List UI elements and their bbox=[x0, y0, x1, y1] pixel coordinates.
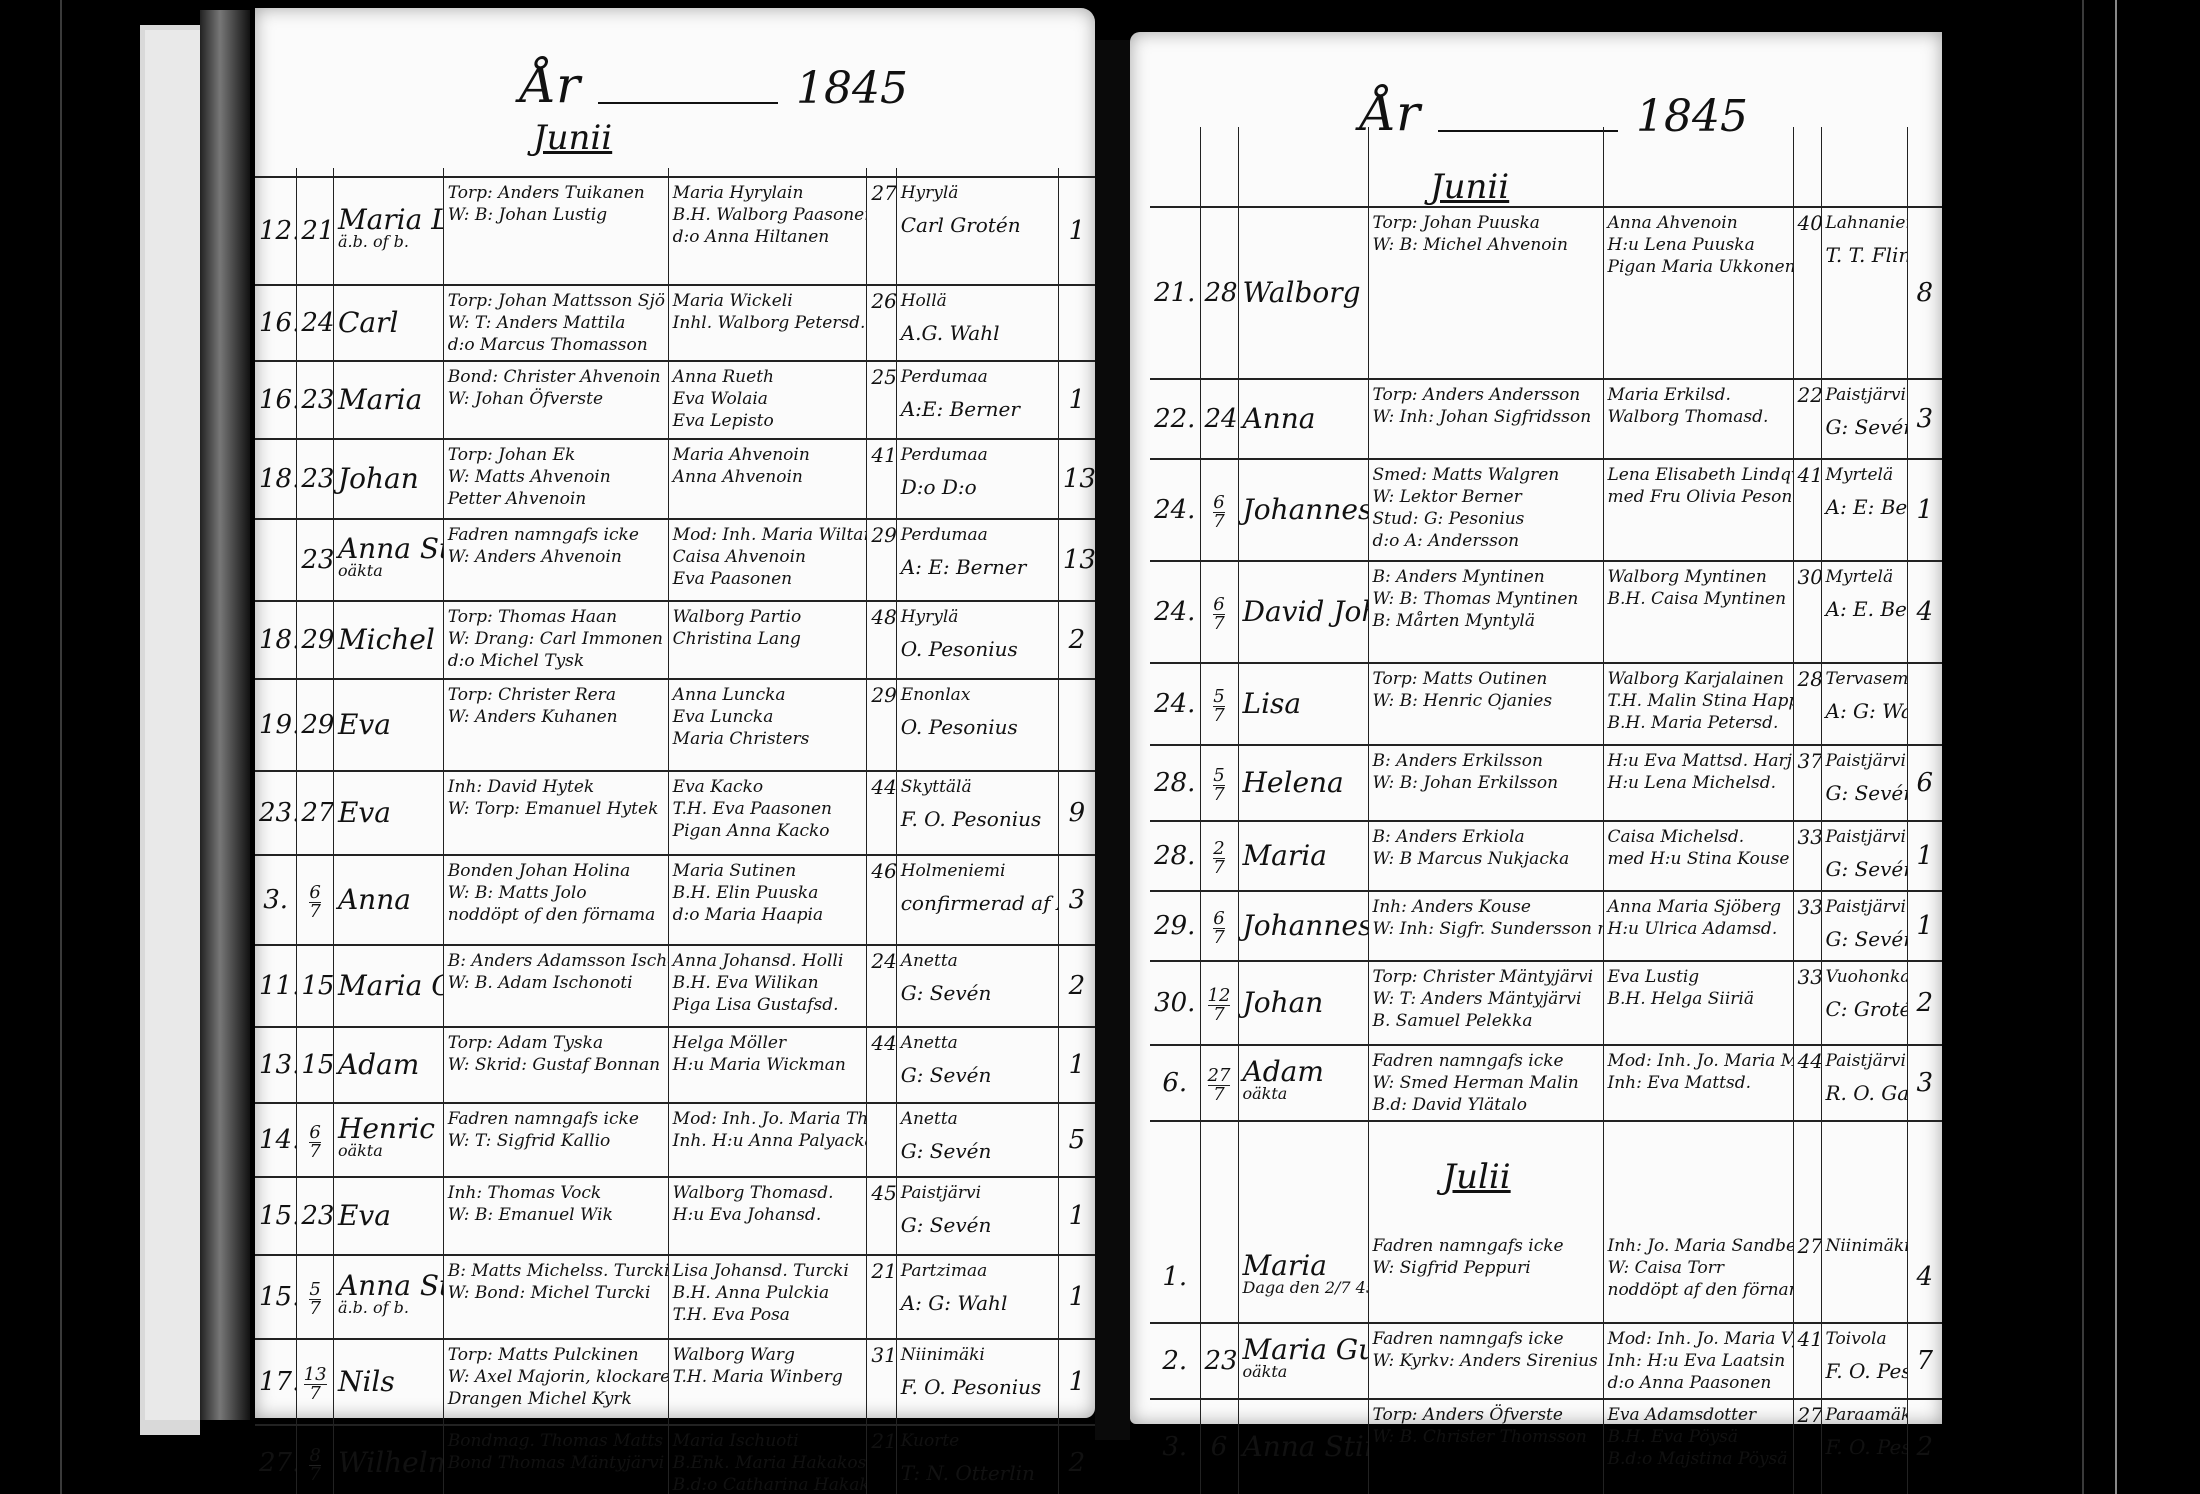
sponsors-cell: Caisa Michelsd.med H:u Stina Kouse bbox=[1603, 821, 1793, 891]
parents-witnesses-cell: Torp: Christer ReraW: Anders Kuhanen bbox=[443, 679, 668, 771]
parents-line: Bond Thomas Mäntyjärvi bbox=[448, 1452, 664, 1474]
sponsors-cell: Maria SutinenB.H. Elin Puuskad:o Maria H… bbox=[668, 855, 867, 945]
mother-age-cell: 40 bbox=[1793, 207, 1821, 379]
sponsors-line: Inh: Jo. Maria Sandberg bbox=[1608, 1235, 1789, 1257]
birth-day-cell: 22. bbox=[1150, 379, 1200, 459]
sponsors-line: Anna Ahvenoin bbox=[1608, 212, 1789, 234]
register-row: 3.67AnnaBonden Johan HolinaW: B: Matts J… bbox=[255, 855, 1095, 945]
birth-day-cell: 18. bbox=[255, 601, 297, 679]
child-name-cell: Lisa bbox=[1238, 663, 1368, 745]
mother-age-cell: 44 bbox=[867, 771, 896, 855]
sponsors-line: B.H. Eva Wilikan bbox=[673, 972, 863, 994]
village-name: Myrtelä bbox=[1826, 566, 1903, 588]
register-row: 18.23JohanTorp: Johan EkW: Matts Ahvenoi… bbox=[255, 439, 1095, 519]
mother-age-cell: 21 bbox=[867, 1425, 896, 1494]
mother-age-cell: 22 bbox=[1793, 379, 1821, 459]
village-name: Hyrylä bbox=[901, 606, 1054, 628]
parents-witnesses-cell: B: Anders MyntinenW: B: Thomas MyntinenB… bbox=[1368, 561, 1603, 663]
baptism-day-cell: 67 bbox=[1200, 459, 1238, 561]
mother-age-cell: 27 bbox=[1793, 1399, 1821, 1494]
mother-age-cell: 44 bbox=[1793, 1045, 1821, 1121]
sponsors-line: Mod: Inh. Jo. Maria Vyso bbox=[1608, 1328, 1789, 1350]
header-spacer-row bbox=[1150, 127, 1942, 207]
sponsors-cell: Walborg WargT.H. Maria Winberg bbox=[668, 1339, 867, 1425]
officiant-signature: A: G: Wahl bbox=[901, 1292, 1054, 1314]
mother-age-cell: 27 bbox=[1793, 1231, 1821, 1323]
birth-day-cell: 24. bbox=[1150, 459, 1200, 561]
sponsors-line: Anna Luncka bbox=[673, 684, 863, 706]
baptism-day-cell: 15 bbox=[297, 1027, 334, 1103]
child-name: Walborg bbox=[1243, 276, 1361, 309]
book-binding bbox=[200, 10, 250, 1420]
village-name: Enonlax bbox=[901, 684, 1054, 706]
register-row: 15.23EvaInh: Thomas VockW: B: Emanuel Wi… bbox=[255, 1177, 1095, 1255]
village-cell: AnettaG: Sevén bbox=[896, 1027, 1058, 1103]
sponsors-line: B.H. Eva Pöysä bbox=[1608, 1426, 1789, 1448]
sponsors-cell: Maria IschuotiB.Enk. Maria HakakoskiB.d:… bbox=[668, 1425, 867, 1494]
mother-age-cell: 37 bbox=[1793, 745, 1821, 821]
child-name-cell: Adam bbox=[333, 1027, 443, 1103]
officiant-signature: G: Sevén bbox=[1826, 858, 1903, 880]
village-name: Anetta bbox=[901, 950, 1054, 972]
birth-day-cell: 16. bbox=[255, 285, 297, 361]
officiant-signature: A: E. Berner bbox=[1826, 598, 1903, 620]
parents-witnesses-cell: Inh: Thomas VockW: B: Emanuel Wik bbox=[443, 1177, 668, 1255]
officiant-signature: G: Sevén bbox=[1826, 928, 1903, 950]
village-cell: PaistjärviG: Sevén bbox=[1821, 745, 1907, 821]
mother-age-cell: 41 bbox=[1793, 459, 1821, 561]
parents-witnesses-cell: Torp: Matts OutinenW: B: Henric Ojanies bbox=[1368, 663, 1603, 745]
date-month: 7 bbox=[1213, 707, 1224, 725]
child-name: Eva bbox=[338, 1199, 391, 1232]
village-cell: HyryläO. Pesonius bbox=[896, 601, 1058, 679]
child-name: Johannes bbox=[1243, 909, 1369, 942]
child-name-cell: Eva bbox=[333, 771, 443, 855]
header-cell bbox=[896, 168, 1058, 177]
header-cell bbox=[1907, 127, 1942, 207]
parents-witnesses-cell: Fadren namngafs ickeW: Kyrkv: Anders Sir… bbox=[1368, 1323, 1603, 1399]
register-row: 17.137NilsTorp: Matts PulckinenW: Axel M… bbox=[255, 1339, 1095, 1425]
parents-line: Torp: Anders Andersson bbox=[1373, 384, 1599, 406]
mother-age-cell: 24 bbox=[867, 945, 896, 1027]
parents-line: W: B: Johan Erkilsson bbox=[1373, 772, 1599, 794]
sponsors-line: Walborg Thomasd. bbox=[673, 1182, 863, 1204]
mother-age-cell: 41 bbox=[1793, 1323, 1821, 1399]
sponsors-line: Inh. H:u Anna Palyacka bbox=[673, 1130, 863, 1152]
officiant-signature: G: Sevén bbox=[901, 982, 1054, 1004]
child-name-cell: Henricoäkta bbox=[333, 1103, 443, 1177]
sponsors-line: Pigan Anna Kacko bbox=[673, 820, 863, 842]
officiant-signature: A:E: Berner bbox=[901, 398, 1054, 420]
register-row: 12.21Maria Lovisaä.b. of b.Torp: Anders … bbox=[255, 177, 1095, 285]
sponsors-cell: Eva LustigB.H. Helga Siiriä bbox=[1603, 961, 1793, 1045]
household-number-cell: 9 bbox=[1058, 771, 1095, 855]
parents-line: B: Anders Myntinen bbox=[1373, 566, 1599, 588]
mother-age-cell: 48 bbox=[867, 601, 896, 679]
year-rule bbox=[598, 102, 778, 104]
birth-day-cell: 29. bbox=[1150, 891, 1200, 961]
parents-line: Stud: G: Pesonius bbox=[1373, 508, 1599, 530]
birth-day-cell: 14. bbox=[255, 1103, 297, 1177]
month-break-cell bbox=[1238, 1121, 1368, 1231]
child-name-cell: Eva bbox=[333, 679, 443, 771]
sponsors-line: d:o Anna Paasonen bbox=[1608, 1372, 1789, 1394]
header-cell bbox=[255, 168, 297, 177]
parents-line: Torp: Matts Outinen bbox=[1373, 668, 1599, 690]
parents-line: W: B: Michel Ahvenoin bbox=[1373, 234, 1599, 256]
sponsors-line: Eva Lepisto bbox=[673, 410, 863, 432]
scan-artifact-line bbox=[2115, 0, 2117, 1494]
sponsors-line: Caisa Michelsd. bbox=[1608, 826, 1789, 848]
officiant-signature: G: Sevén bbox=[901, 1140, 1054, 1162]
header-cell bbox=[1058, 168, 1095, 177]
parents-line: Torp: Christer Mäntyjärvi bbox=[1373, 966, 1599, 988]
village-cell: EnonlaxO. Pesonius bbox=[896, 679, 1058, 771]
sponsors-line: H:u Maria Wickman bbox=[673, 1054, 863, 1076]
parents-line: B: Anders Adamsson Ischonoti bbox=[448, 950, 664, 972]
officiant-signature: T. T. Flinkman bbox=[1826, 244, 1903, 266]
child-name-cell: Johan bbox=[1238, 961, 1368, 1045]
child-name: Helena bbox=[1243, 766, 1344, 799]
parents-witnesses-cell: Fadren namngafs ickeW: Smed Herman Malin… bbox=[1368, 1045, 1603, 1121]
right-page: År 1845 Junii 21.28WalborgTorp: Johan Pu… bbox=[1130, 32, 1942, 1424]
parents-line: Torp: Anders Tuikanen bbox=[448, 182, 664, 204]
sponsors-line: med H:u Stina Kouse bbox=[1608, 848, 1789, 870]
mother-age-cell bbox=[867, 1103, 896, 1177]
parents-line: W: Drang: Carl Immonen bbox=[448, 628, 664, 650]
date-fraction: 277 bbox=[1208, 1067, 1231, 1104]
month-break-row: Julii bbox=[1150, 1121, 1942, 1231]
baptism-day-cell: 67 bbox=[297, 855, 334, 945]
year-label: År bbox=[520, 56, 580, 114]
sponsors-line: B.Enk. Maria Hakakoski bbox=[673, 1452, 863, 1474]
parents-line: W: B Marcus Nukjacka bbox=[1373, 848, 1599, 870]
parents-line: W: B: Johan Lustig bbox=[448, 204, 664, 226]
child-name: Wilhelmina bbox=[338, 1446, 443, 1479]
village-name: Paistjärvi bbox=[1826, 1050, 1903, 1072]
date-month: 7 bbox=[309, 1385, 320, 1403]
sponsors-line: Anna Ahvenoin bbox=[673, 466, 863, 488]
parents-line: B: Anders Erkiola bbox=[1373, 826, 1599, 848]
child-name-cell: Eva bbox=[333, 1177, 443, 1255]
village-cell: HolläA.G. Wahl bbox=[896, 285, 1058, 361]
parents-witnesses-cell: B: Anders Adamsson IschonotiW: B. Adam I… bbox=[443, 945, 668, 1027]
household-number-cell bbox=[1058, 285, 1095, 361]
mother-age-cell: 33 bbox=[1793, 821, 1821, 891]
parents-line: W: Smed Herman Malin bbox=[1373, 1072, 1599, 1094]
birth-day-cell: 23. bbox=[255, 771, 297, 855]
officiant-signature: A: G: Wahl bbox=[1826, 700, 1903, 722]
sponsors-line: Lisa Johansd. Turcki bbox=[673, 1260, 863, 1282]
village-cell: PaistjärviG: Sevén bbox=[1821, 379, 1907, 459]
sponsors-line: Pigan Maria Ukkonen bbox=[1608, 256, 1789, 278]
sponsors-cell: Maria WickeliInhl. Walborg Petersd. bbox=[668, 285, 867, 361]
register-row: 11.15Maria ChristinaB: Anders Adamsson I… bbox=[255, 945, 1095, 1027]
sponsors-line: Walborg Warg bbox=[673, 1344, 863, 1366]
village-cell: HyryläCarl Grotén bbox=[896, 177, 1058, 285]
parents-line: W: Matts Ahvenoin bbox=[448, 466, 664, 488]
birth-day-cell: 15. bbox=[255, 1255, 297, 1339]
register-row: 30.127JohanTorp: Christer MäntyjärviW: T… bbox=[1150, 961, 1942, 1045]
baptism-day-cell: 24 bbox=[297, 285, 334, 361]
child-name-cell: MariaDaga den 2/7 45 oäkta bbox=[1238, 1231, 1368, 1323]
sponsors-line: B.H. Caisa Myntinen bbox=[1608, 588, 1789, 610]
officiant-signature: C: Grotén bbox=[1826, 998, 1903, 1020]
register-row: 24.67David JohanB: Anders MyntinenW: B: … bbox=[1150, 561, 1942, 663]
sponsors-cell: H:u Eva Mattsd. HarjuniemiH:u Lena Miche… bbox=[1603, 745, 1793, 821]
mother-age-cell: 33 bbox=[1793, 891, 1821, 961]
sponsors-line: Walborg Partio bbox=[673, 606, 863, 628]
parents-line: W: Kyrkv: Anders Sirenius bbox=[1373, 1350, 1599, 1372]
child-name-cell: Anna Stinaä.b. of b. bbox=[333, 1255, 443, 1339]
birth-day-cell: 16. bbox=[255, 361, 297, 439]
month-break-cell bbox=[1821, 1121, 1907, 1231]
parents-line: noddöpt of den förnama bbox=[448, 904, 664, 926]
parents-line: Fadren namngafs icke bbox=[1373, 1050, 1599, 1072]
household-number-cell: 5 bbox=[1058, 1103, 1095, 1177]
officiant-signature: G: Sevén bbox=[901, 1064, 1054, 1086]
child-name-cell: Anna Stina bbox=[1238, 1399, 1368, 1494]
parents-line: Inh: David Hytek bbox=[448, 776, 664, 798]
household-number-cell: 1 bbox=[1058, 177, 1095, 285]
sponsors-line: noddöpt af den förnama bbox=[1608, 1279, 1789, 1301]
child-name: Eva bbox=[338, 796, 391, 829]
sponsors-cell: Eva KackoT.H. Eva PaasonenPigan Anna Kac… bbox=[668, 771, 867, 855]
parents-line: W: Inh: Johan Sigfridsson bbox=[1373, 406, 1599, 428]
parents-line: Inh: Thomas Vock bbox=[448, 1182, 664, 1204]
parents-line: W: Anders Kuhanen bbox=[448, 706, 664, 728]
birth-day-cell: 27. bbox=[255, 1425, 297, 1494]
sponsors-line: B.H. Elin Puuska bbox=[673, 882, 863, 904]
village-name: Anetta bbox=[901, 1108, 1054, 1130]
village-name: Vuohonkangas bbox=[1826, 966, 1903, 988]
sponsors-cell: Eva AdamsdotterB.H. Eva PöysäB.d:o Majst… bbox=[1603, 1399, 1793, 1494]
sponsors-cell: Helga MöllerH:u Maria Wickman bbox=[668, 1027, 867, 1103]
month-break-cell bbox=[1793, 1121, 1821, 1231]
sponsors-cell: Mod: Inh. Jo. Maria VysoInh: H:u Eva Laa… bbox=[1603, 1323, 1793, 1399]
parents-line: Smed: Matts Walgren bbox=[1373, 464, 1599, 486]
register-row: 18.29MichelTorp: Thomas HaanW: Drang: Ca… bbox=[255, 601, 1095, 679]
child-name-cell: Walborg bbox=[1238, 207, 1368, 379]
mother-age-cell: 26 bbox=[867, 285, 896, 361]
sponsors-line: Maria Sutinen bbox=[673, 860, 863, 882]
parents-witnesses-cell: Torp: Johan EkW: Matts AhvenoinPetter Ah… bbox=[443, 439, 668, 519]
village-name: Paistjärvi bbox=[1826, 896, 1903, 918]
sponsors-line: d:o Maria Haapia bbox=[673, 904, 863, 926]
baptism-day-cell: 57 bbox=[1200, 663, 1238, 745]
household-number-cell: 3 bbox=[1907, 379, 1942, 459]
sponsors-line: H:u Lena Puuska bbox=[1608, 234, 1789, 256]
sponsors-line: d:o Anna Hiltanen bbox=[673, 226, 863, 248]
officiant-signature: O. Pesonius bbox=[901, 638, 1054, 660]
birth-day-cell: 2. bbox=[1150, 1323, 1200, 1399]
parents-line: W: B. Adam Ischonoti bbox=[448, 972, 664, 994]
sponsors-line: W: Caisa Torr bbox=[1608, 1257, 1789, 1279]
sponsors-cell: Walborg Thomasd.H:u Eva Johansd. bbox=[668, 1177, 867, 1255]
parents-line: Torp: Johan Ek bbox=[448, 444, 664, 466]
child-name-cell: Nils bbox=[333, 1339, 443, 1425]
register-row: 23Anna StinaoäktaFadren namngafs ickeW: … bbox=[255, 519, 1095, 601]
parents-line: Fadren namngafs icke bbox=[448, 1108, 664, 1130]
parents-line: Torp: Johan Puuska bbox=[1373, 212, 1599, 234]
sponsors-cell: Mod: Inh. Maria WiltanCaisa AhvenoinEva … bbox=[668, 519, 867, 601]
register-row: 23.27EvaInh: David HytekW: Torp: Emanuel… bbox=[255, 771, 1095, 855]
baptism-day-cell: 67 bbox=[1200, 891, 1238, 961]
header-cell bbox=[1200, 127, 1238, 207]
parents-line: Fadren namngafs icke bbox=[1373, 1328, 1599, 1350]
birth-day-cell: 1. bbox=[1150, 1231, 1200, 1323]
parents-witnesses-cell: B: Anders ErkilssonW: B: Johan Erkilsson bbox=[1368, 745, 1603, 821]
officiant-signature: Carl Grotén bbox=[901, 214, 1054, 236]
parents-line: W: T: Anders Mattila bbox=[448, 312, 664, 334]
parents-line: W: Bond: Michel Turcki bbox=[448, 1282, 664, 1304]
sponsors-line: Anna Rueth bbox=[673, 366, 863, 388]
header-cell bbox=[1150, 127, 1200, 207]
date-fraction: 57 bbox=[1213, 767, 1224, 804]
year-heading: År 1845 bbox=[520, 56, 908, 114]
village-cell: PerdumaaA:E: Berner bbox=[896, 361, 1058, 439]
parents-line: Bonden Johan Holina bbox=[448, 860, 664, 882]
parents-line: W: T: Anders Mäntyjärvi bbox=[1373, 988, 1599, 1010]
register-row: 6.277AdamoäktaFadren namngafs ickeW: Sme… bbox=[1150, 1045, 1942, 1121]
child-name: Anna bbox=[1243, 402, 1316, 435]
village-cell: PaistjärviR. O. Gahmberg bbox=[1821, 1045, 1907, 1121]
child-name: Nils bbox=[338, 1365, 395, 1398]
register-row: 19.29EvaTorp: Christer ReraW: Anders Kuh… bbox=[255, 679, 1095, 771]
parents-line: W: B: Thomas Myntinen bbox=[1373, 588, 1599, 610]
date-month: 7 bbox=[1213, 929, 1224, 947]
sponsors-line: T.H. Maria Winberg bbox=[673, 1366, 863, 1388]
village-cell: Niinimäki bbox=[1821, 1231, 1907, 1323]
month-break-cell bbox=[1603, 1121, 1793, 1231]
village-name: Paraamäki bbox=[1826, 1404, 1903, 1426]
parents-line: Inh: Anders Kouse bbox=[1373, 896, 1599, 918]
sponsors-line: T.H. Malin Stina Happo bbox=[1608, 690, 1789, 712]
parents-line: B.d: David Ylätalo bbox=[1373, 1094, 1599, 1116]
sponsors-line: Eva Paasonen bbox=[673, 568, 863, 590]
sponsors-line: Maria Erkilsd. bbox=[1608, 384, 1789, 406]
parents-witnesses-cell: Bonden Johan HolinaW: B: Matts Jolonoddö… bbox=[443, 855, 668, 945]
child-name-cell: Maria bbox=[1238, 821, 1368, 891]
date-fraction: 67 bbox=[1213, 910, 1224, 947]
date-month: 7 bbox=[1213, 615, 1224, 633]
date-fraction: 57 bbox=[1213, 688, 1224, 725]
register-row: 24.67JohannesSmed: Matts WalgrenW: Lekto… bbox=[1150, 459, 1942, 561]
village-name: Partzimaa bbox=[901, 1260, 1054, 1282]
date-fraction: 137 bbox=[304, 1366, 327, 1403]
household-number-cell: 13 bbox=[1058, 519, 1095, 601]
mother-age-cell: 45 bbox=[867, 1177, 896, 1255]
village-cell: PerdumaaD:o D:o bbox=[896, 439, 1058, 519]
child-name: Johannes bbox=[1243, 493, 1369, 526]
village-name: Hyrylä bbox=[901, 182, 1054, 204]
parents-line: Petter Ahvenoin bbox=[448, 488, 664, 510]
register-row: 28.27MariaB: Anders ErkiolaW: B Marcus N… bbox=[1150, 821, 1942, 891]
parents-witnesses-cell: Fadren namngafs ickeW: T: Sigfrid Kallio bbox=[443, 1103, 668, 1177]
sponsors-line: H:u Ulrica Adamsd. bbox=[1608, 918, 1789, 940]
parents-line: W: B: Matts Jolo bbox=[448, 882, 664, 904]
parents-witnesses-cell: Torp: Anders AnderssonW: Inh: Johan Sigf… bbox=[1368, 379, 1603, 459]
officiant-signature: A: E: Berner bbox=[1826, 496, 1903, 518]
officiant-signature: D:o D:o bbox=[901, 476, 1054, 498]
child-name: Lisa bbox=[1243, 687, 1302, 720]
child-name-cell: Wilhelmina bbox=[333, 1425, 443, 1494]
sponsors-line: Mod: Inh. Jo. Maria Mattsd. bbox=[1608, 1050, 1789, 1072]
previous-page-margin bbox=[145, 30, 206, 1420]
village-cell: PartzimaaA: G: Wahl bbox=[896, 1255, 1058, 1339]
register-row: 16.24CarlTorp: Johan Mattsson SjöW: T: A… bbox=[255, 285, 1095, 361]
officiant-signature: G: Sevén bbox=[1826, 416, 1903, 438]
register-row: 21.28WalborgTorp: Johan PuuskaW: B: Mich… bbox=[1150, 207, 1942, 379]
date-month: 7 bbox=[309, 903, 320, 921]
child-name: Carl bbox=[338, 306, 398, 339]
sponsors-line: B.H. Anna Pulckia bbox=[673, 1282, 863, 1304]
parents-witnesses-cell: Smed: Matts WalgrenW: Lektor BernerStud:… bbox=[1368, 459, 1603, 561]
baptism-day-cell: 27 bbox=[1200, 821, 1238, 891]
child-name: Maria Christina bbox=[338, 969, 443, 1002]
mother-age-cell: 28 bbox=[1793, 663, 1821, 745]
mother-age-cell: 21 bbox=[867, 1255, 896, 1339]
child-name: Johan bbox=[338, 462, 419, 495]
village-cell: LahnaniemiT. T. Flinkman bbox=[1821, 207, 1907, 379]
header-cell bbox=[867, 168, 896, 177]
register-row: 16.23MariaBond: Christer AhvenoinW: Joha… bbox=[255, 361, 1095, 439]
parents-line: Torp: Matts Pulckinen bbox=[448, 1344, 664, 1366]
baptism-day-cell: 15 bbox=[297, 945, 334, 1027]
date-month: 7 bbox=[309, 1466, 320, 1484]
sponsors-line: Walborg Thomasd. bbox=[1608, 406, 1789, 428]
parents-line: d:o Marcus Thomasson bbox=[448, 334, 664, 356]
child-name-cell: Maria Lovisaä.b. of b. bbox=[333, 177, 443, 285]
parents-line: W: Sigfrid Peppuri bbox=[1373, 1257, 1599, 1279]
sponsors-line: Maria Wickeli bbox=[673, 290, 863, 312]
parents-witnesses-cell: Bondmag. Thomas Matts HollaBond Thomas M… bbox=[443, 1425, 668, 1494]
mother-age-cell: 41 bbox=[867, 439, 896, 519]
officiant-signature: O. Pesonius bbox=[901, 716, 1054, 738]
sponsors-line: B.H. Helga Siiriä bbox=[1608, 988, 1789, 1010]
mother-age-cell: 31 bbox=[867, 1339, 896, 1425]
village-name: Toivola bbox=[1826, 1328, 1903, 1350]
date-fraction: 87 bbox=[309, 1447, 320, 1484]
parents-line: Torp: Johan Mattsson Sjö bbox=[448, 290, 664, 312]
mother-age-cell: 44 bbox=[867, 1027, 896, 1103]
parents-line: W: T: Sigfrid Kallio bbox=[448, 1130, 664, 1152]
village-cell: AnettaG: Sevén bbox=[896, 1103, 1058, 1177]
sponsors-cell: Maria Erkilsd.Walborg Thomasd. bbox=[1603, 379, 1793, 459]
baptism-day-cell: 67 bbox=[1200, 561, 1238, 663]
baptism-day-cell: 127 bbox=[1200, 961, 1238, 1045]
baptism-day-cell bbox=[1200, 1231, 1238, 1323]
household-number-cell: 13 bbox=[1058, 439, 1095, 519]
mother-age-cell: 46 bbox=[867, 855, 896, 945]
household-number-cell: 4 bbox=[1907, 1231, 1942, 1323]
village-name: Hollä bbox=[901, 290, 1054, 312]
household-number-cell: 3 bbox=[1058, 855, 1095, 945]
page-gutter bbox=[1095, 40, 1130, 1440]
child-name-cell: Maria bbox=[333, 361, 443, 439]
sponsors-line: Mod: Inh. Maria Wiltan bbox=[673, 524, 863, 546]
date-fraction: 127 bbox=[1208, 987, 1231, 1024]
parents-line: W: Skrid: Gustaf Bonnan bbox=[448, 1054, 664, 1076]
parents-line: W: Johan Öfverste bbox=[448, 388, 664, 410]
birth-day-cell: 21. bbox=[1150, 207, 1200, 379]
sponsors-line: H:u Eva Johansd. bbox=[673, 1204, 863, 1226]
village-cell: PerdumaaA: E: Berner bbox=[896, 519, 1058, 601]
parents-line: W: Inh: Sigfr. Sundersson med bbox=[1373, 918, 1599, 940]
parents-witnesses-cell: Torp: Johan Mattsson SjöW: T: Anders Mat… bbox=[443, 285, 668, 361]
village-name: Paistjärvi bbox=[1826, 750, 1903, 772]
birth-day-cell: 11. bbox=[255, 945, 297, 1027]
